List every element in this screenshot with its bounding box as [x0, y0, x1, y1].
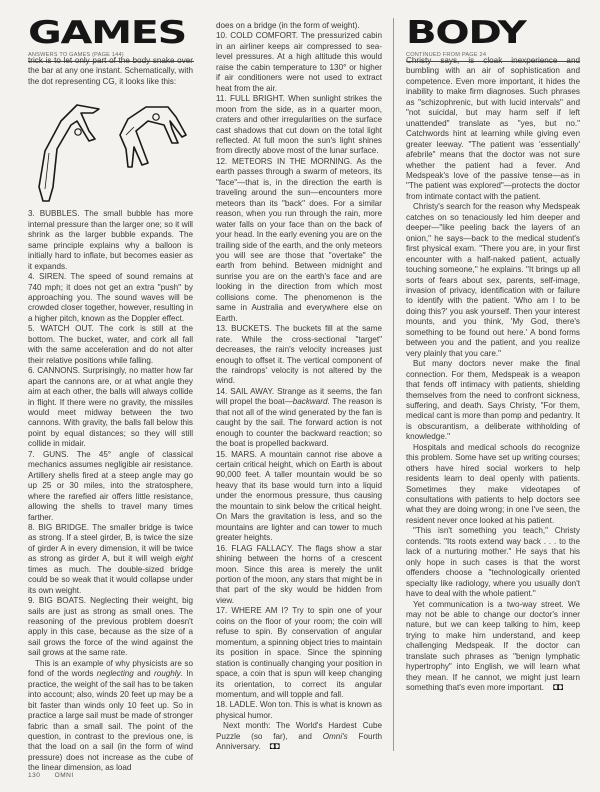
answer-5: 5. WATCH OUT. The cork is still at the b…: [28, 324, 193, 366]
body-paragraph-4: Hospitals and medical schools do recogni…: [406, 443, 580, 527]
high-jumper-figure-1-icon: [33, 91, 105, 205]
page-number: 130: [28, 772, 40, 779]
games-column-1: trick is to let only part of the body sn…: [28, 56, 193, 774]
answer-7: 7. GUNS. The 45° angle of classical mech…: [28, 450, 193, 523]
body-paragraph-3: But many doctors never make the final co…: [406, 359, 580, 443]
answer-9: 9. BIG BOATS. Neglecting their weight, b…: [28, 596, 193, 659]
answer-4: 4. SIREN. The speed of sound remains at …: [28, 272, 193, 324]
body-paragraph-1: Christy says, is cloak inexperience and …: [406, 56, 580, 202]
answer-11: 11. FULL BRIGHT. When sunlight strikes t…: [216, 94, 382, 157]
column-divider: [393, 18, 394, 751]
body-column: Christy says, is cloak inexperience and …: [406, 56, 580, 694]
physicists-paragraph: This is an example of why physicists are…: [28, 659, 193, 774]
continuation-line: does on a bridge (in the form of weight)…: [216, 21, 382, 31]
body-logo: BODY: [406, 18, 600, 48]
answer-18: 18. LADLE. Won ton. This is what is know…: [216, 700, 382, 721]
answer-8: 8. BIG BRIDGE. The smaller bridge is twi…: [28, 523, 193, 596]
answer-16: 16. FLAG FALLACY. The flags show a star …: [216, 544, 382, 607]
answer-12: 12. METEORS IN THE MORNING. As the earth…: [216, 157, 382, 324]
answer-6: 6. CANNONS. Surprisingly, no matter how …: [28, 366, 193, 450]
games-intro: trick is to let only part of the body sn…: [28, 56, 193, 87]
answer-15: 15. MARS. A mountain cannot rise above a…: [216, 450, 382, 544]
answer-14: 14. SAIL AWAY. Strange as it seems, the …: [216, 387, 382, 450]
answer-17: 17. WHERE AM I? Try to spin one of your …: [216, 606, 382, 700]
answer-10: 10. COLD COMFORT. The pressurized cabin …: [216, 31, 382, 94]
end-mark-icon: ◘◘: [546, 683, 561, 693]
answer-13: 13. BUCKETS. The buckets fill at the sam…: [216, 324, 382, 387]
answer-3: 3. BUBBLES. The small bubble has more in…: [28, 209, 193, 272]
end-mark-icon: ◘◘: [263, 742, 278, 752]
high-jumper-figure-2-icon: [116, 91, 188, 171]
games-column-2: does on a bridge (in the form of weight)…: [216, 21, 382, 753]
magazine-page: GAMES ANSWERS TO GAMES (PAGE 144) trick …: [0, 0, 600, 792]
folio: 130 OMNI: [28, 772, 86, 779]
magazine-name: OMNI: [55, 772, 74, 779]
body-paragraph-6: Yet communication is a two-way street. W…: [406, 600, 580, 694]
body-paragraph-2: Christy's search for the reason why Meds…: [406, 202, 580, 359]
next-month-teaser: Next month: The World's Hardest Cube Puz…: [216, 721, 382, 752]
high-jump-figures: [28, 91, 193, 209]
body-paragraph-5: "This isn't something you teach," Christ…: [406, 526, 580, 599]
